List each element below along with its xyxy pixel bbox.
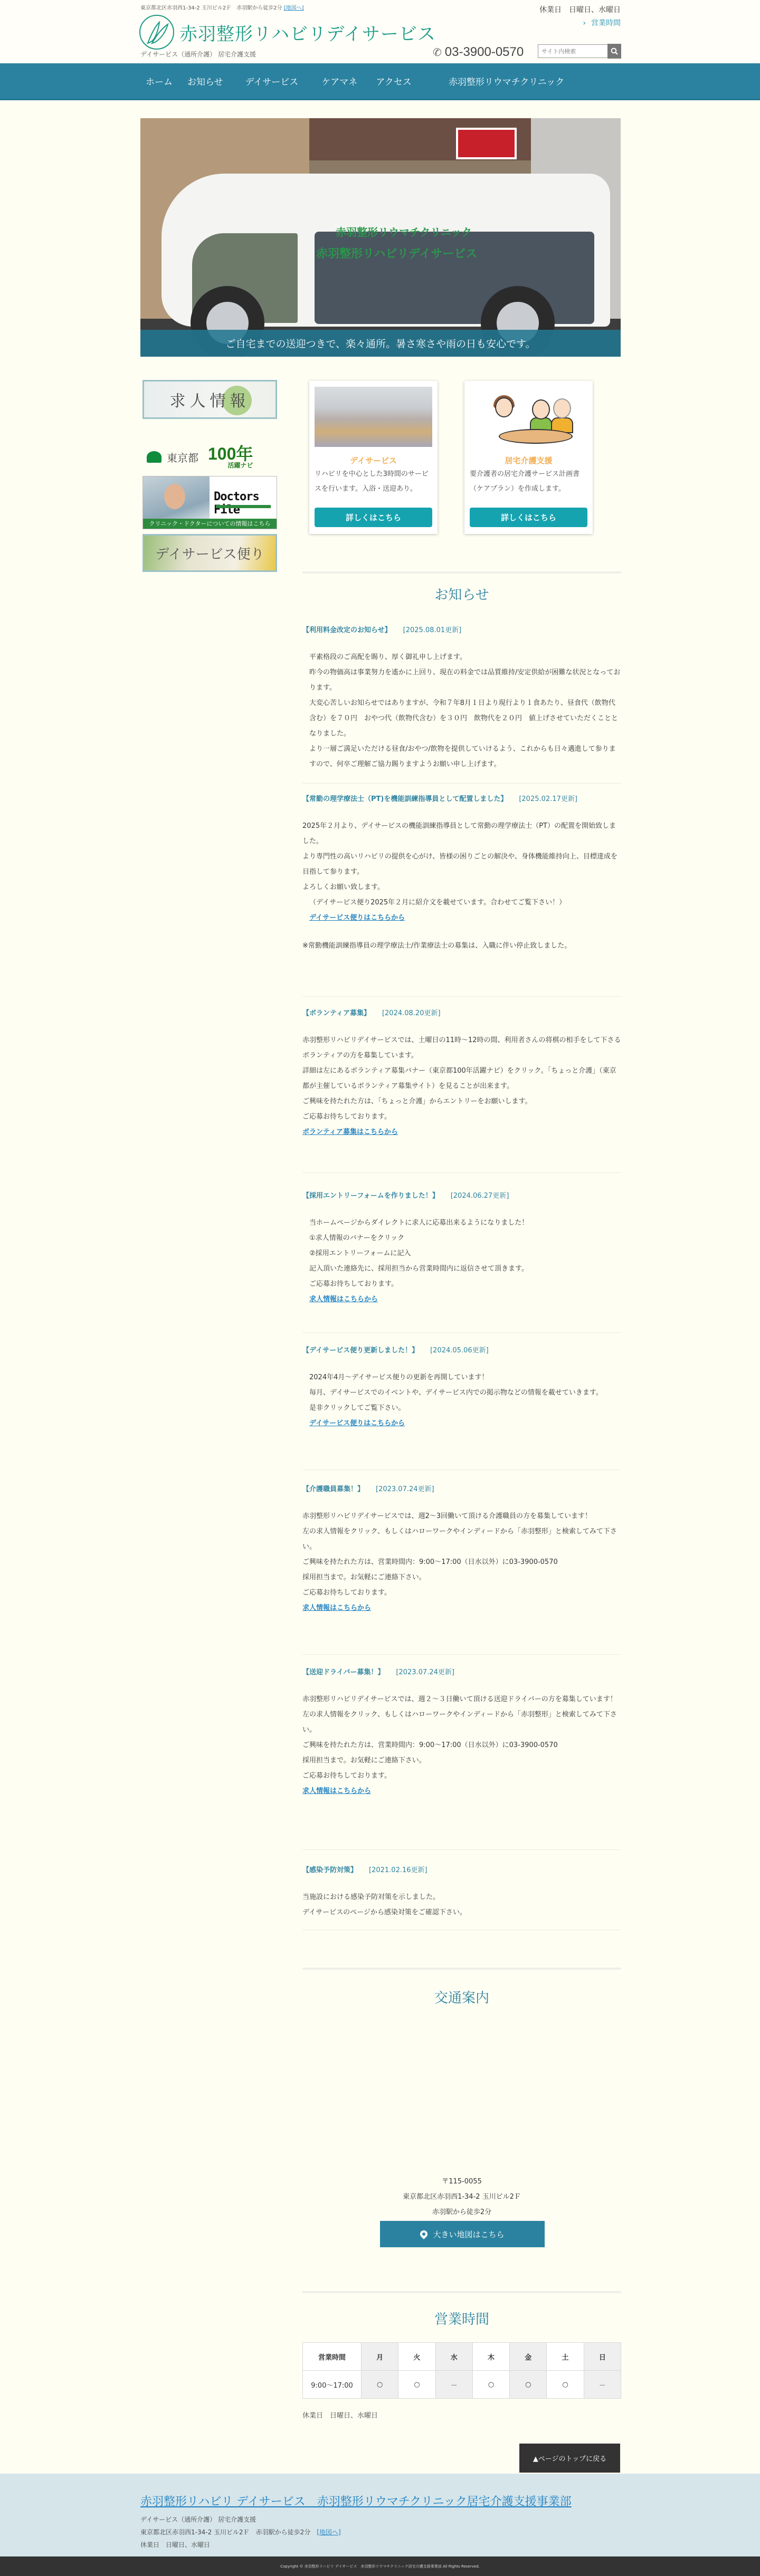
job-info-link[interactable]: 求人情報はこちらから: [302, 1787, 371, 1795]
hero-caption: ご自宅までの送迎つきで、楽々通所。暑さ寒さや雨の日も安心です。: [140, 330, 621, 357]
chevron-right-icon: ›: [583, 19, 586, 27]
care-support-details-button[interactable]: 詳しくはこちら: [470, 508, 587, 527]
nav-item-clinic[interactable]: 赤羽整形リウマチクリニック: [449, 74, 564, 88]
search-input[interactable]: [538, 44, 610, 58]
tokyo-ginkgo-icon: [147, 451, 161, 463]
news-item: 【採用エントリーフォームを作りました！】[2024.06.27更新] 当ホームペ…: [302, 1188, 621, 1307]
business-hours-table: 営業時間 月 火 水 木 金 土 日 9:00〜17:00 ○ ○ － ○ ○ …: [302, 2342, 621, 2399]
nav-item-access[interactable]: アクセス: [376, 74, 412, 88]
news-item: 【介護職員募集！】[2023.07.24更新] 赤羽整形リハビリデイサービスでは…: [302, 1482, 621, 1616]
job-info-link[interactable]: 求人情報はこちらから: [302, 1604, 371, 1612]
day-service-details-button[interactable]: 詳しくはこちら: [315, 508, 432, 527]
header-phone: ✆ 03-3900-0570: [433, 45, 524, 60]
logo-leaf-icon: [139, 15, 174, 50]
access-info: 〒115-0055 東京都北区赤羽西1-34-2 玉川ビル2Ｆ 赤羽駅から徒歩2…: [302, 2174, 621, 2220]
nav-item-home[interactable]: ホーム: [146, 74, 173, 88]
map-pin-icon: [419, 2229, 430, 2239]
back-to-top-button[interactable]: ▲ページのトップに戻る: [519, 2444, 620, 2473]
header-map-link[interactable]: [地図へ]: [284, 5, 304, 11]
phone-icon: ✆: [433, 46, 442, 59]
hero-image: 赤羽整形リウマチクリニック 赤羽整形リハビリデイサービス ご自宅までの送迎つきで…: [140, 118, 621, 357]
news-item: 【感染予防対策】[2021.02.16更新] 当施設における感染予防対策を示しま…: [302, 1863, 621, 1920]
day-service-letters-banner[interactable]: デイサービス便り: [142, 534, 277, 572]
service-card-day-service: デイサービス リハビリを中心とした3時間のサービスを行います。入浴・送迎あり。 …: [309, 381, 438, 534]
doctor-photo: [143, 476, 210, 520]
copyright-bar: Copyright © 赤羽整形リハビリ デイサービス 赤羽整形リウマチクリニッ…: [0, 2556, 760, 2576]
volunteer-link[interactable]: ボランティア募集はこちらから: [302, 1128, 398, 1136]
header-hours-link[interactable]: ›営業時間: [583, 17, 621, 28]
section-divider: [302, 2291, 621, 2293]
search-button[interactable]: [607, 44, 621, 59]
header-address: 東京都北区赤羽西1-34-2 玉川ビル2Ｆ 赤羽駅から徒歩2分 [地図へ]: [140, 3, 304, 11]
access-section-title: 交通案内: [302, 1987, 621, 2007]
news-item: 【送迎ドライバー募集！】[2023.07.24更新] 赤羽整形リハビリデイサービ…: [302, 1665, 621, 1799]
hours-section-title: 営業時間: [302, 2308, 621, 2328]
day-service-letters-link[interactable]: デイサービス便りはこちらから: [309, 914, 405, 922]
news-item: 【利用料金改定のお知らせ】[2025.08.01更新] 平素格段のご高配を賜り、…: [302, 623, 621, 772]
nav-item-day-service[interactable]: デイサービス: [245, 74, 299, 88]
nav-item-care-manager[interactable]: ケアマネ: [321, 74, 357, 88]
section-divider: [302, 1968, 621, 1970]
site-title: 赤羽整形リハビリデイサービス: [179, 20, 436, 45]
header-subtitle: デイサービス（通所介護） 居宅介護支援: [140, 50, 256, 59]
header-holiday: 休業日 日曜日、水曜日: [539, 4, 621, 15]
care-consultation-illustration: [470, 387, 587, 447]
job-info-link[interactable]: 求人情報はこちらから: [309, 1295, 378, 1303]
news-item: 【デイサービス便り更新しました！】[2024.05.06更新] 2024年4月〜…: [302, 1343, 621, 1431]
news-section-title: お知らせ: [302, 584, 621, 604]
footer-map-link[interactable]: [地図へ]: [317, 2529, 340, 2536]
doctors-file-banner[interactable]: Doctors File クリニック・ドクターについての情報はこちら: [142, 476, 277, 529]
nav-item-news[interactable]: お知らせ: [187, 74, 223, 88]
service-card-care-support: 居宅介護支援 要介護者の居宅介護サービス計画書（ケアプラン）を作成します。 詳し…: [464, 381, 593, 534]
day-service-letters-link[interactable]: デイサービス便りはこちらから: [309, 1419, 405, 1427]
large-map-button[interactable]: 大きい地図はこちら: [380, 2221, 545, 2247]
holiday-note: 休業日 日曜日、水曜日: [302, 2410, 378, 2420]
day-service-room-photo: [315, 387, 432, 447]
footer-site-title-link[interactable]: 赤羽整形リハビリ デイサービス 赤羽整形リウマチクリニック居宅介護支援事業部: [140, 2493, 572, 2509]
news-item: 【ボランティア募集】[2024.08.20更新] 赤羽整形リハビリデイサービスで…: [302, 1006, 621, 1140]
news-item: 【常勤の理学療法士（PT)を機能訓練指導員として配置しました】[2025.02.…: [302, 791, 621, 953]
site-footer: 赤羽整形リハビリ デイサービス 赤羽整形リウマチクリニック居宅介護支援事業部 デ…: [0, 2474, 760, 2556]
section-divider: [302, 571, 621, 574]
main-nav: ホーム お知らせ デイサービス ケアマネ アクセス 赤羽整形リウマチクリニック: [0, 63, 760, 100]
search-icon: [611, 47, 618, 55]
tokyo-100-navi-banner[interactable]: 東京都 100年 活躍ナビ: [142, 442, 277, 472]
jobs-banner[interactable]: 求人情報: [142, 380, 277, 419]
site-header: 東京都北区赤羽西1-34-2 玉川ビル2Ｆ 赤羽駅から徒歩2分 [地図へ] 赤羽…: [0, 0, 760, 63]
site-logo[interactable]: 赤羽整形リハビリデイサービス: [139, 15, 436, 50]
